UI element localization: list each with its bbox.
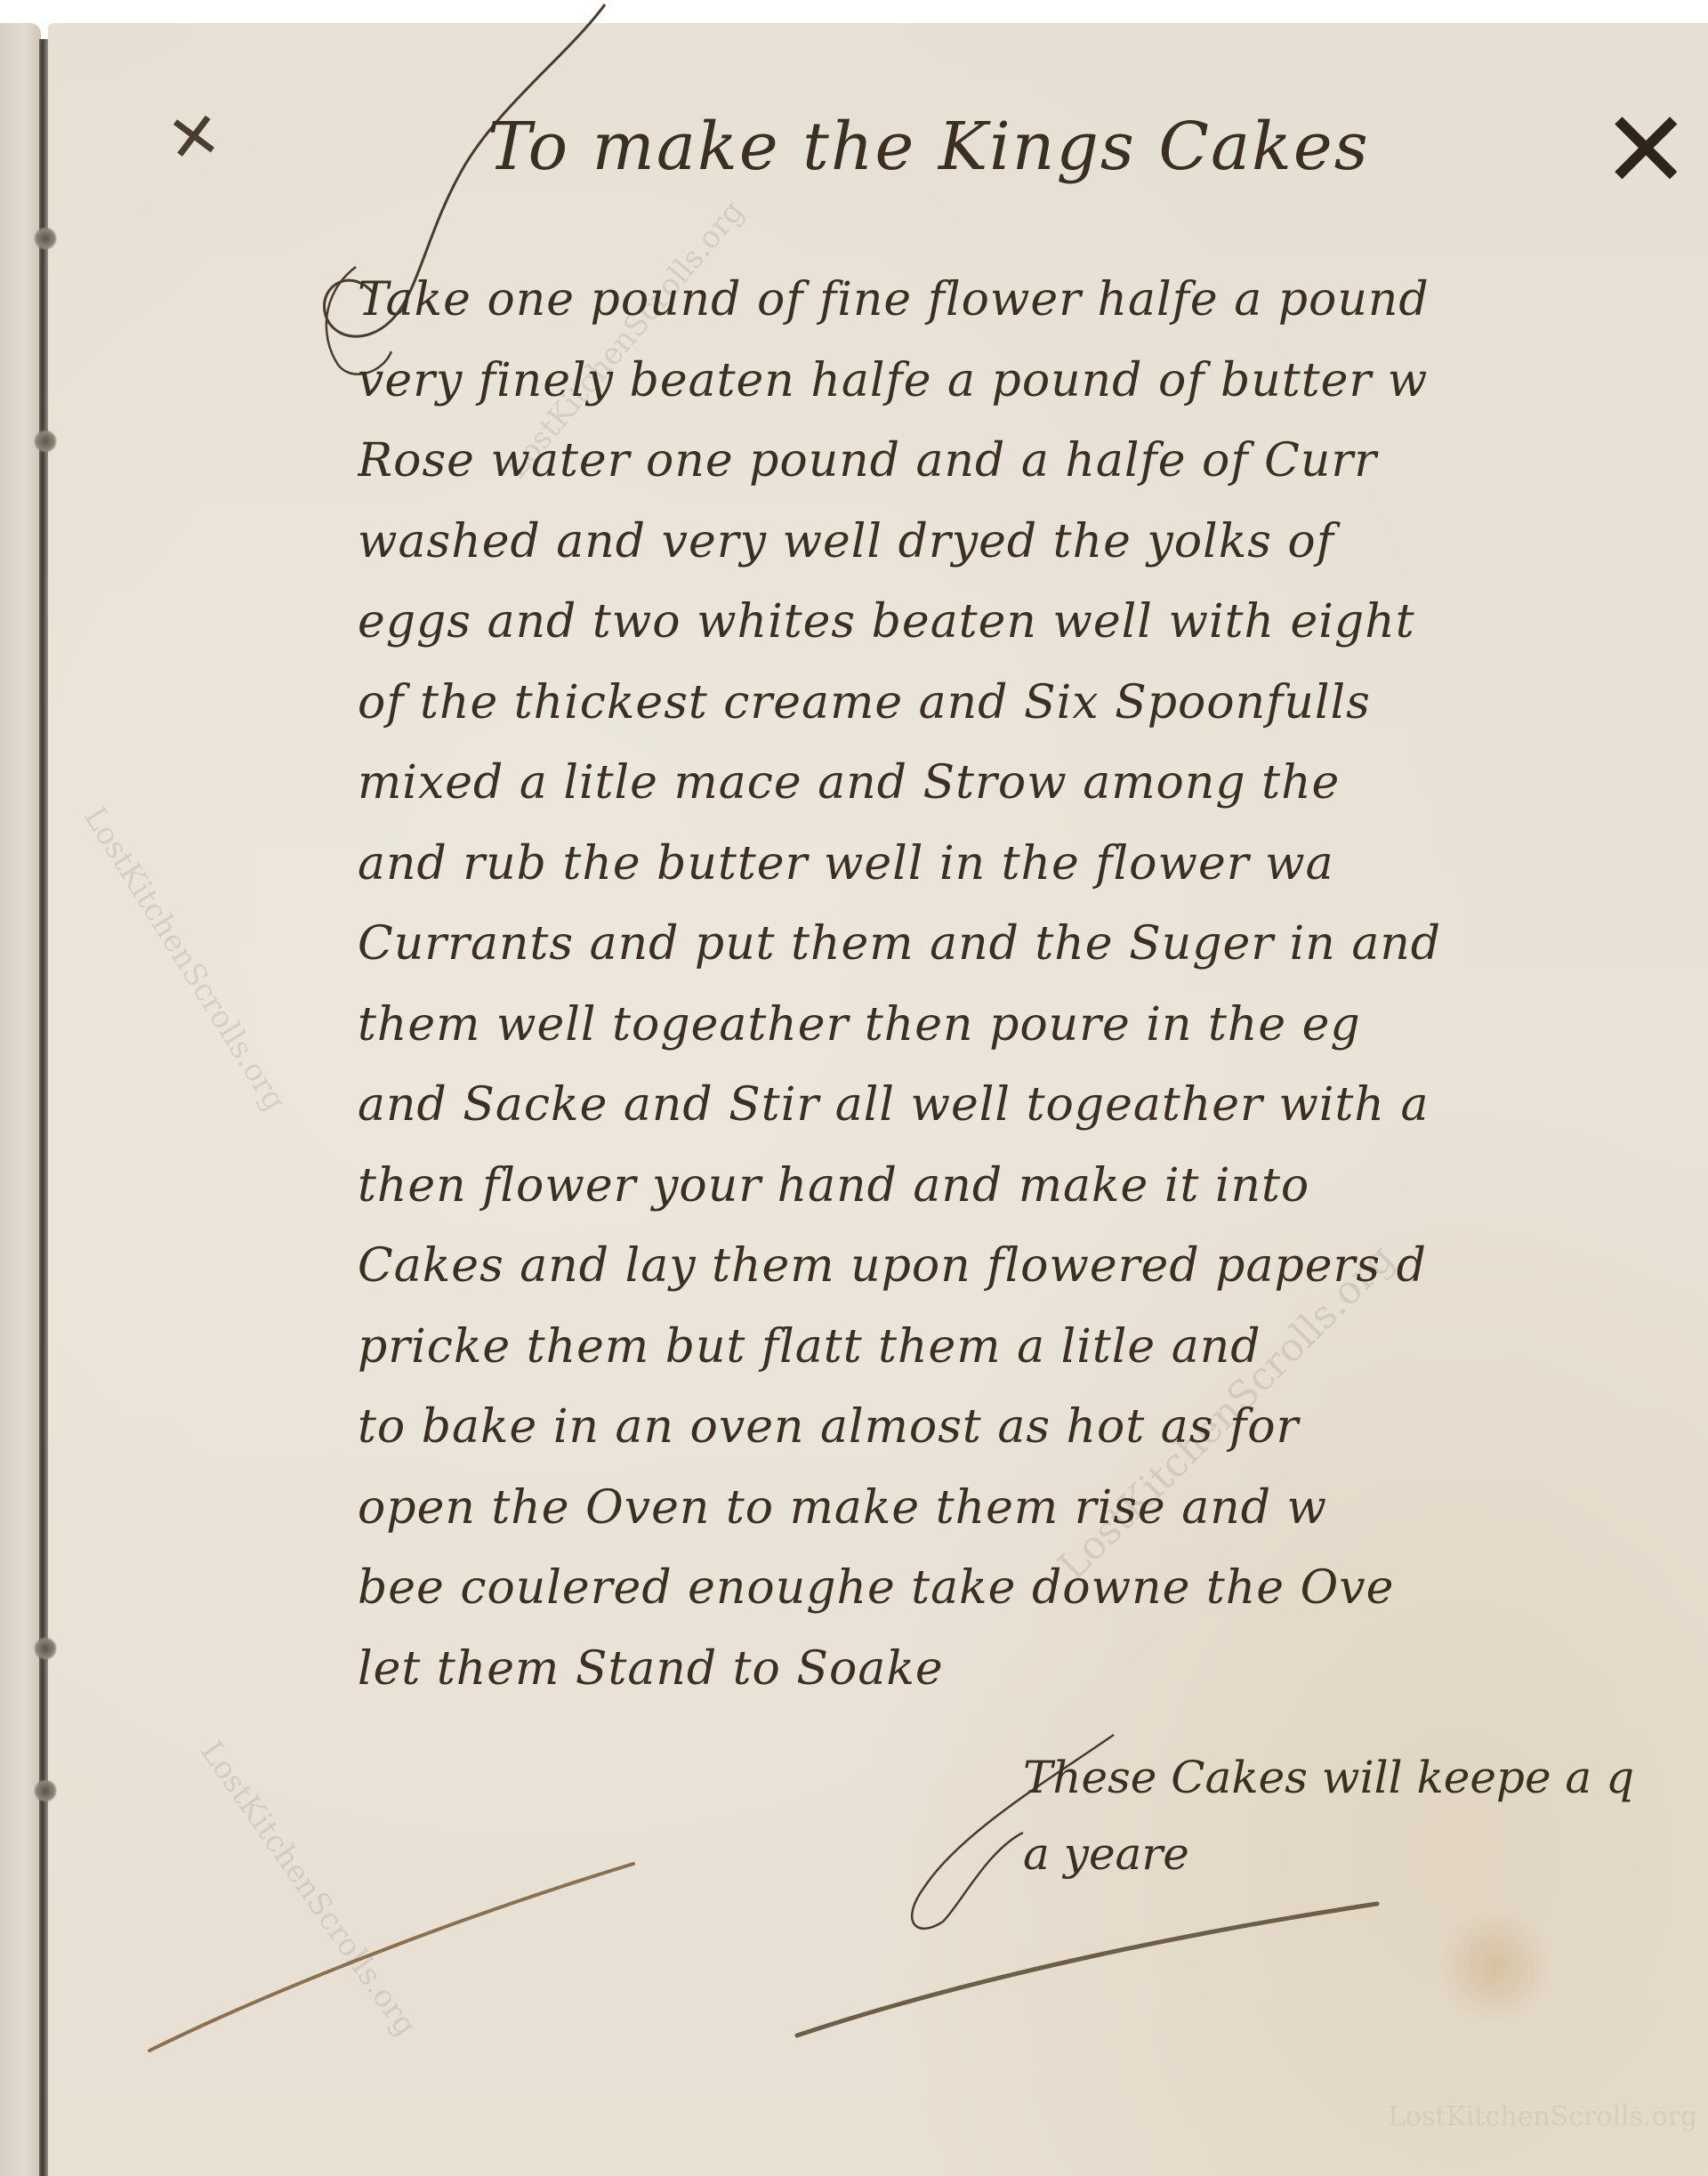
cross-mark-icon: ✕ <box>1601 98 1691 205</box>
recipe-line: open the Oven to make them rise and w <box>358 1468 1708 1549</box>
recipe-line: Take one pound of fine flower halfe a po… <box>358 260 1708 341</box>
binding-stitch <box>34 430 57 453</box>
recipe-line: Cakes and lay them upon flowered papers … <box>358 1226 1708 1307</box>
recipe-line: and rub the butter well in the flower wa <box>358 824 1708 905</box>
recipe-line: pricke them but flatt them a litle and <box>358 1307 1708 1388</box>
recipe-line: them well togeather then poure in the eg <box>358 985 1708 1066</box>
recipe-line: bee coulered enoughe take downe the Ove <box>358 1548 1708 1629</box>
recipe-line: mixed a litle mace and Strow among the <box>358 743 1708 824</box>
binding-stitch <box>34 1779 57 1802</box>
recipe-line: eggs and two whites beaten well with eig… <box>358 582 1708 663</box>
recipe-line: let them Stand to Soake <box>358 1629 1708 1710</box>
recipe-line: Currants and put them and the Suger in a… <box>358 904 1708 985</box>
recipe-line: and Sacke and Stir all well togeather wi… <box>358 1065 1708 1146</box>
recipe-line: to bake in an oven almost as hot as for <box>358 1387 1708 1468</box>
foxing-stain <box>1441 1904 1548 2028</box>
binding-stitch <box>34 227 57 250</box>
recipe-line: washed and very well dryed the yolks of <box>358 502 1708 583</box>
recipe-line: of the thickest creame and Six Spoonfull… <box>358 663 1708 744</box>
note-line: These Cakes will keepe a q <box>1023 1739 1634 1816</box>
recipe-note: These Cakes will keepe a q a yeare <box>1023 1739 1634 1892</box>
recipe-line: very finely beaten halfe a pound of butt… <box>358 341 1708 422</box>
note-line: a yeare <box>1023 1816 1634 1892</box>
recipe-line: then flower your hand and make it into <box>358 1146 1708 1227</box>
recipe-line: Rose water one pound and a halfe of Curr <box>358 421 1708 502</box>
manuscript-scan: LostKitchenScrolls.org LostKitchenScroll… <box>0 0 1708 2176</box>
previous-leaf-edge <box>0 23 41 2176</box>
recipe-body: Take one pound of fine flower halfe a po… <box>358 260 1708 1709</box>
recipe-title: To make the Kings Cakes <box>487 114 1370 180</box>
cross-mark-icon: ✕ <box>163 101 225 173</box>
binding-stitch <box>34 1637 57 1660</box>
binding-gutter <box>39 39 48 2176</box>
